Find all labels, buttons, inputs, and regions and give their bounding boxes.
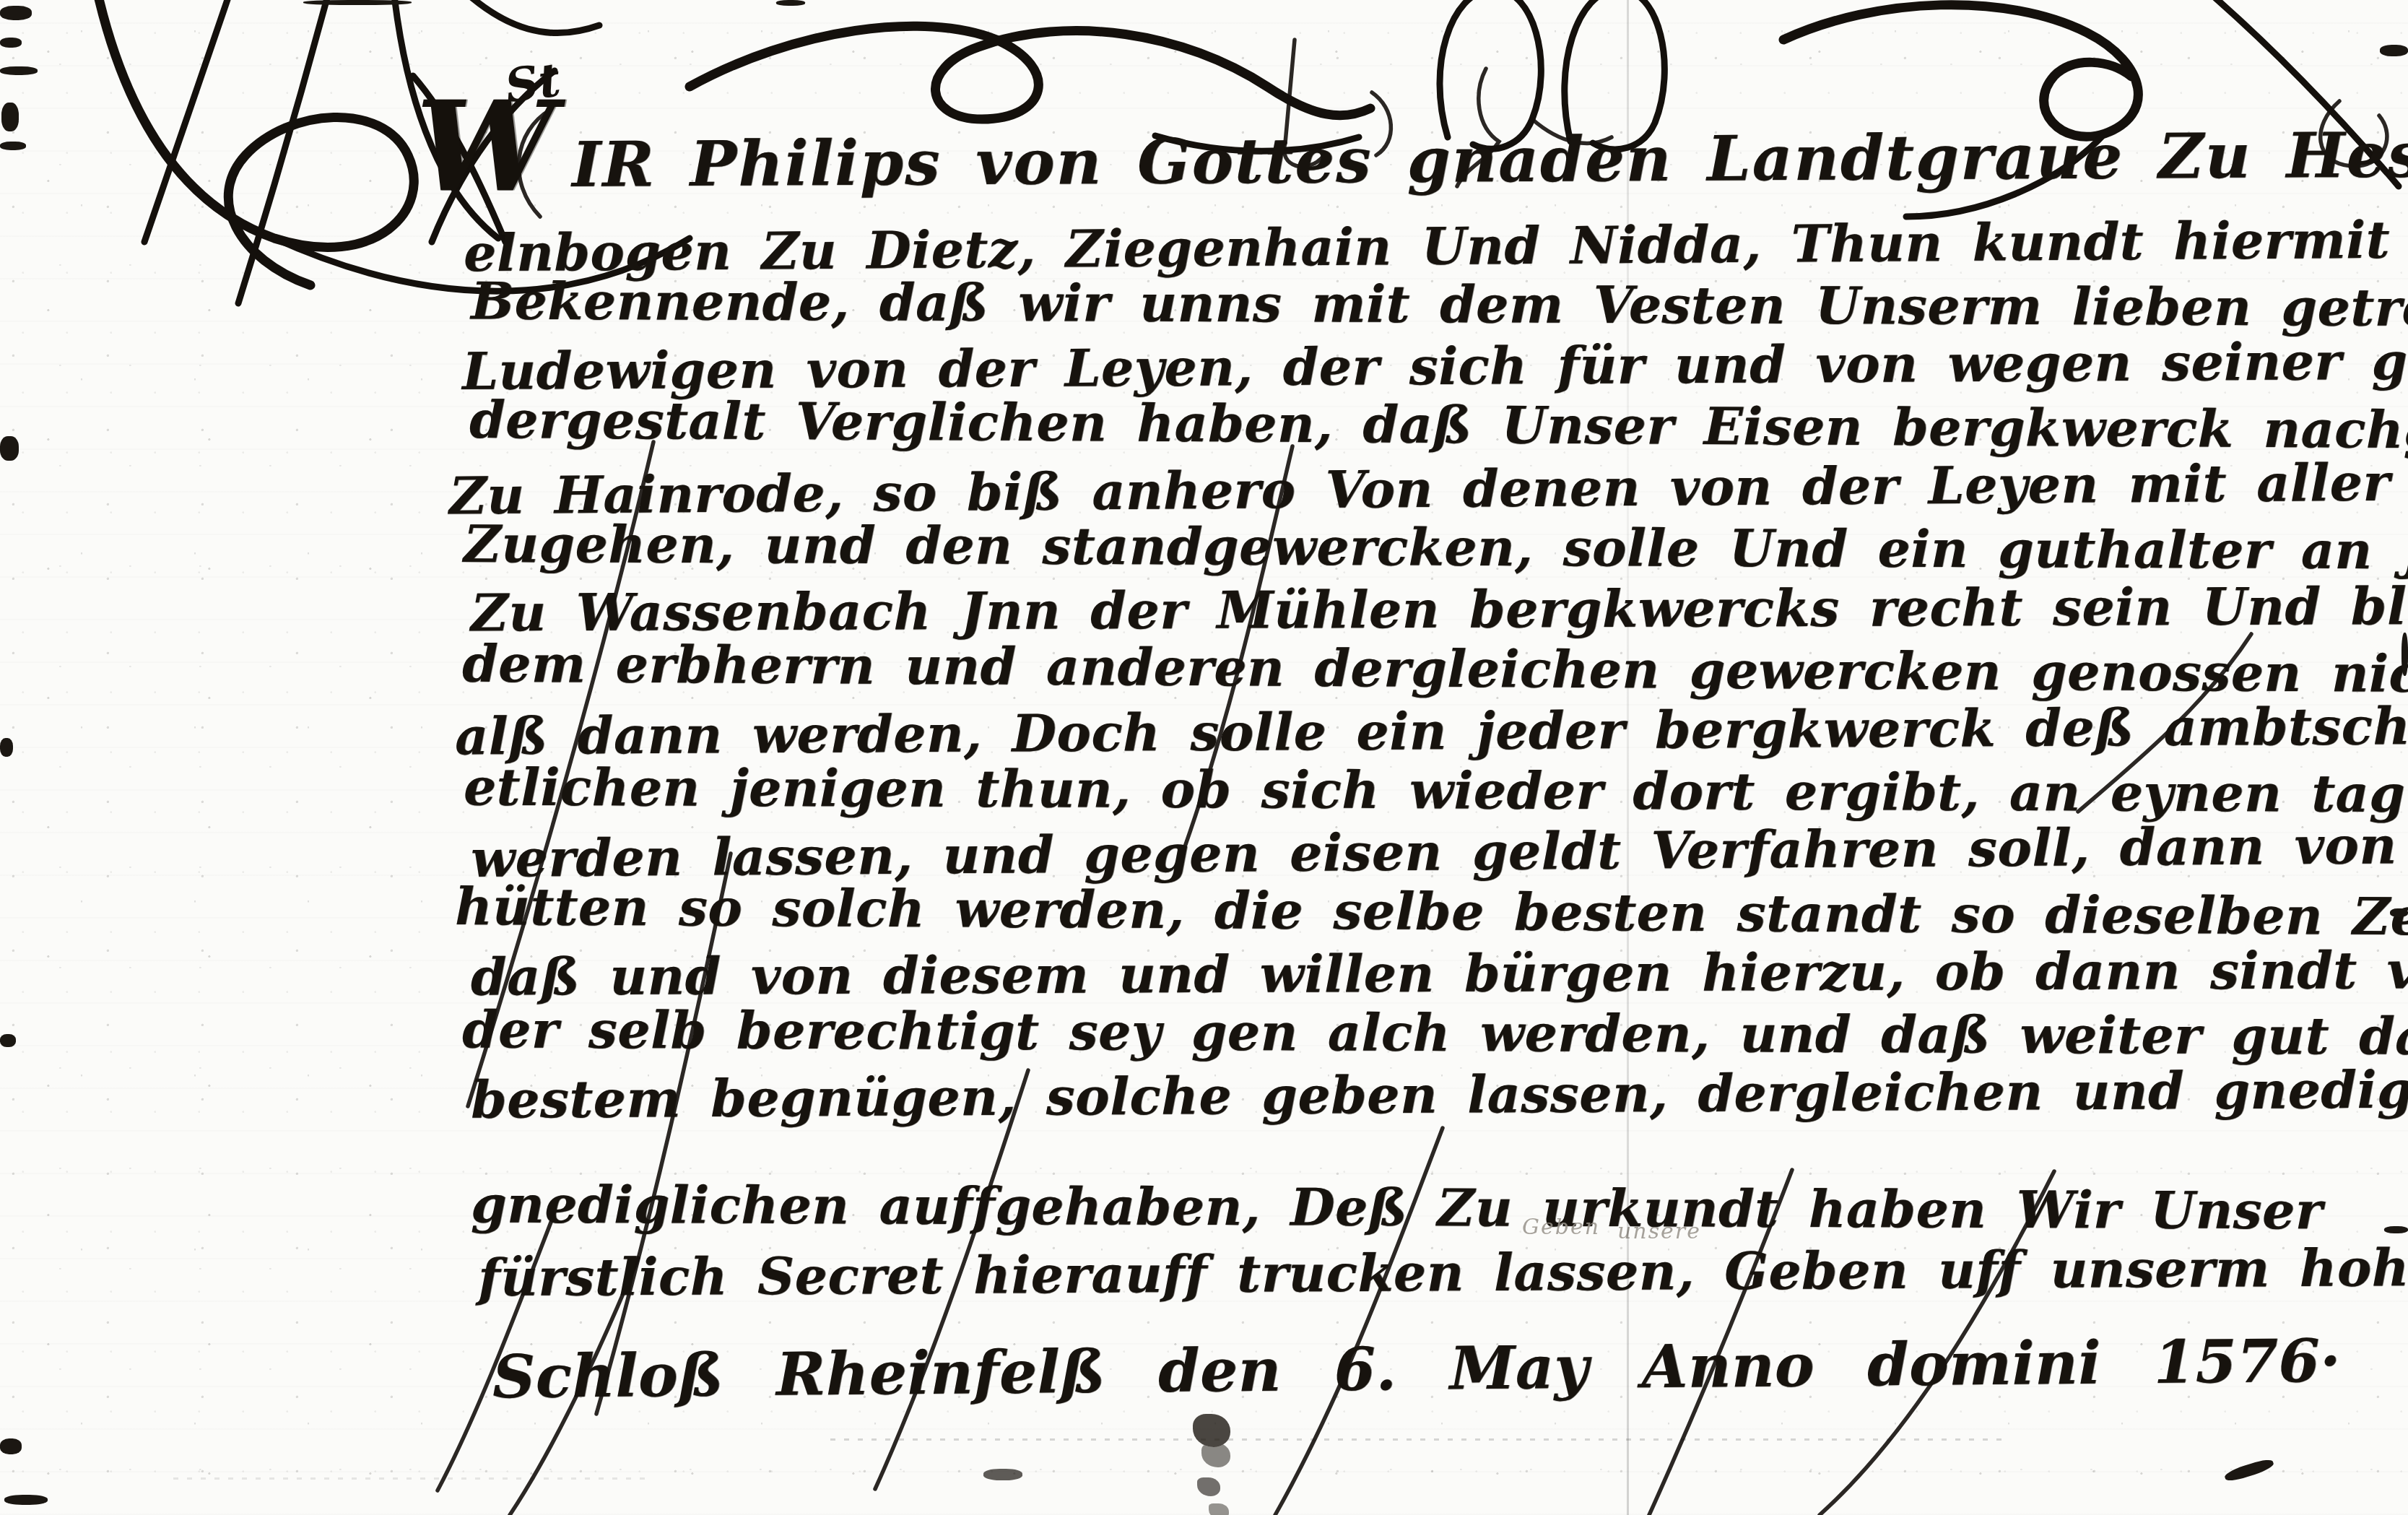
edge-smudge [2402, 633, 2408, 676]
edge-smudge [303, 0, 412, 5]
edge-smudge [776, 0, 805, 6]
edge-smudge [0, 38, 22, 48]
edge-smudge [2380, 45, 2408, 56]
edge-smudge [0, 6, 32, 20]
edge-smudge [2390, 908, 2408, 917]
scanned-manuscript-page: W St IR Philips von Gottes gnaden Landtg… [0, 0, 2408, 1515]
manuscript-line: daß und von diesem und willen bürgen hie… [471, 938, 2408, 1007]
edge-smudge [4, 1495, 48, 1505]
edge-smudge [2384, 1226, 2408, 1233]
flourish-stroke [462, 0, 599, 33]
edge-smudge [0, 142, 26, 150]
edge-smudge [0, 66, 38, 75]
manuscript-line: etlichen jenigen thun, ob sich wieder do… [464, 757, 2408, 825]
manuscript-line: hütten so solch werden, die selbe besten… [455, 876, 2408, 948]
scan-streak [173, 1477, 650, 1480]
scan-streak [830, 1438, 2007, 1441]
manuscript-line: Zu Wassenbach Jnn der Mühlen bergkwercks… [471, 575, 2408, 643]
flourish-curl [1783, 5, 2138, 137]
manuscript-line: der selb berechtigt sey gen alch werden,… [462, 999, 2408, 1067]
manuscript-line: fürstlich Secret hierauff trucken lassen… [478, 1237, 2408, 1308]
manuscript-line: gnediglichen auffgehaben, Deß Zu urkundt… [471, 1174, 2323, 1241]
manuscript-line: bestem begnügen, solche geben lassen, de… [471, 1058, 2408, 1130]
edge-smudge [0, 1438, 22, 1454]
manuscript-line: dem erbherrn und anderen dergleichen gew… [462, 633, 2408, 706]
edge-smudge [0, 436, 19, 461]
manuscript-line: Zugehen, und den standgewercken, solle U… [464, 513, 2408, 583]
ghost-print-word: Geben [1522, 1215, 1600, 1240]
manuscript-line: alß dann werden, Doch solle ein jeder be… [455, 694, 2408, 767]
fold-crease-line [1627, 0, 1629, 1515]
manuscript-line: IR Philips von Gottes gnaden Landtgraue … [572, 114, 2408, 201]
edge-smudge [0, 738, 13, 757]
ghost-print-word: unsere [1617, 1219, 1701, 1244]
notary-mark: St [502, 53, 563, 114]
edge-smudge [1, 103, 19, 131]
flourish-swash [690, 26, 1370, 119]
edge-smudge [983, 1469, 1022, 1480]
manuscript-line: Bekennende, daß wir unns mit dem Vesten … [471, 271, 2408, 339]
edge-smudge [0, 1034, 16, 1047]
